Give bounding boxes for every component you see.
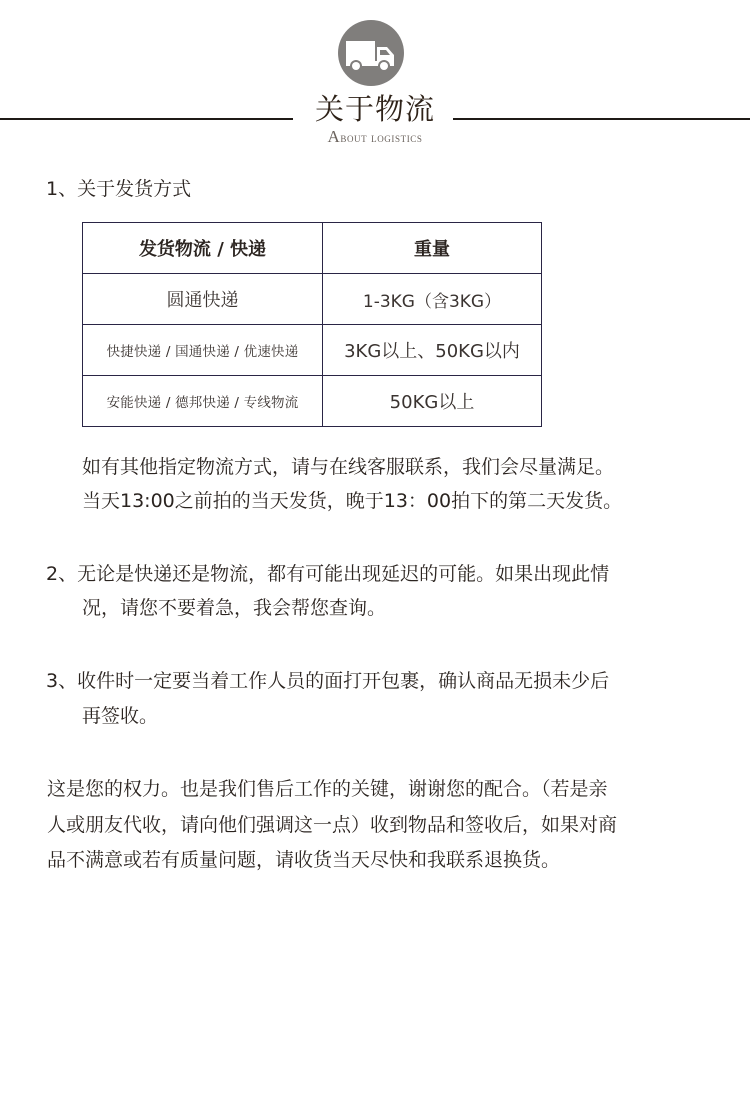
weight-cell: 50KG以上 (323, 376, 542, 427)
carrier-cell: 安能快递 / 德邦快递 / 专线物流 (83, 376, 323, 427)
closing-line: 人或朋友代收，请向他们强调这一点）收到物品和签收后，如果对商 (47, 808, 617, 842)
table-row: 安能快递 / 德邦快递 / 专线物流 50KG以上 (83, 376, 542, 427)
table-row: 快捷快递 / 国通快递 / 优速快递 3KG以上、50KG以内 (83, 325, 542, 376)
section1-note-line: 当天13:00之前拍的当天发货，晚于13：00拍下的第二天发货。 (82, 484, 622, 518)
carrier-cell: 快捷快递 / 国通快递 / 优速快递 (83, 325, 323, 376)
weight-cell: 3KG以上、50KG以内 (323, 325, 542, 376)
section1-note-line: 如有其他指定物流方式，请与在线客服联系，我们会尽量满足。 (82, 450, 614, 484)
closing-line: 这是您的权力。也是我们售后工作的关键，谢谢您的配合。（若是亲 (47, 772, 608, 806)
subtitle-initial: A (327, 127, 340, 146)
table-header-row: 发货物流 / 快递 重量 (83, 223, 542, 274)
column-header-carrier: 发货物流 / 快递 (83, 223, 323, 274)
section3-line: 3、收件时一定要当着工作人员的面打开包裹，确认商品无损未少后 (46, 664, 609, 698)
section1-heading: 1、关于发货方式 (46, 172, 191, 206)
section2-line: 况，请您不要着急，我会帮您查询。 (82, 591, 386, 625)
page-subtitle: About logistics (290, 128, 460, 147)
truck-icon (338, 20, 404, 86)
page-title: 关于物流 (300, 92, 450, 126)
header-divider-left (0, 118, 293, 120)
section2-line: 2、无论是快递还是物流，都有可能出现延迟的可能。如果出现此情 (46, 557, 609, 591)
carrier-cell: 圆通快递 (83, 274, 323, 325)
subtitle-rest: bout logistics (340, 130, 422, 145)
header-divider-right (453, 118, 750, 120)
column-header-weight: 重量 (323, 223, 542, 274)
weight-cell: 1-3KG（含3KG） (323, 274, 542, 325)
shipping-table: 发货物流 / 快递 重量 圆通快递 1-3KG（含3KG） 快捷快递 / 国通快… (82, 222, 542, 427)
table-row: 圆通快递 1-3KG（含3KG） (83, 274, 542, 325)
section3-line: 再签收。 (82, 699, 158, 733)
closing-line: 品不满意或若有质量问题，请收货当天尽快和我联系退换货。 (47, 843, 560, 877)
